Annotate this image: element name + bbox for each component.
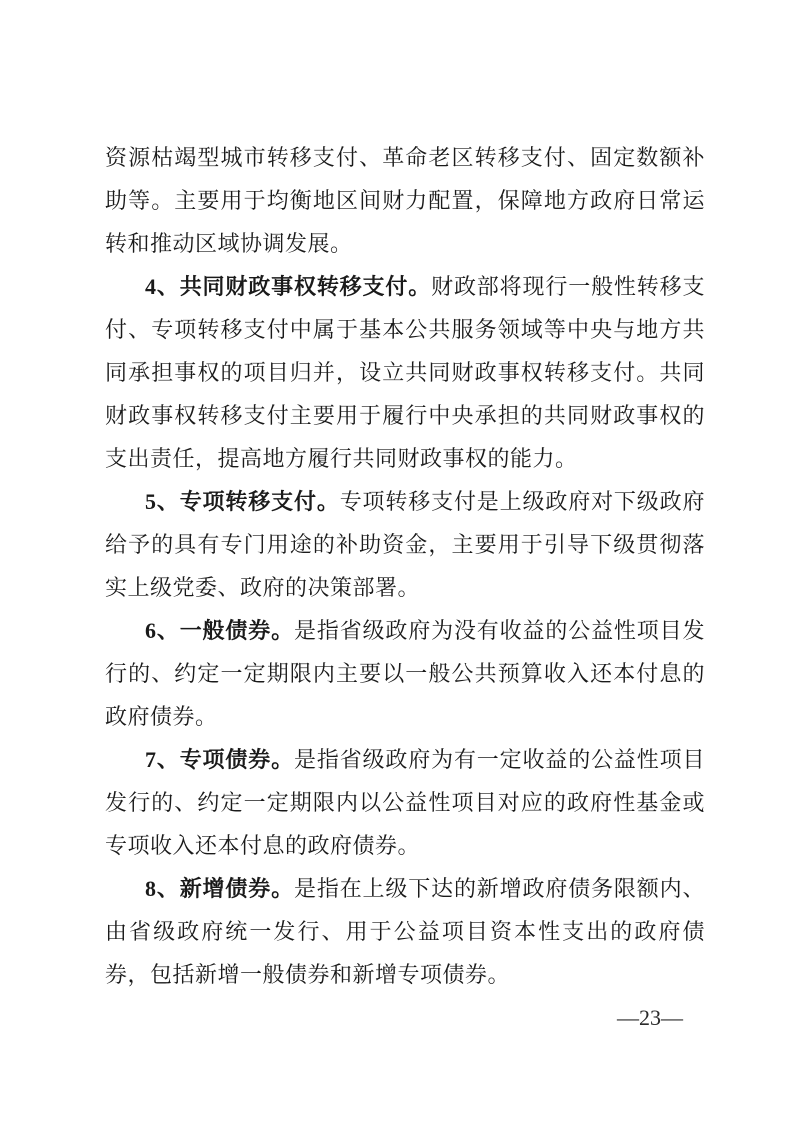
paragraph-heading: 7、专项债券。 — [145, 747, 294, 772]
paragraph: 7、专项债券。是指省级政府为有一定收益的公益性项目发行的、约定一定期限内以公益性… — [105, 738, 705, 867]
paragraph: 4、共同财政事权转移支付。财政部将现行一般性转移支付、专项转移支付中属于基本公共… — [105, 265, 705, 480]
paragraph: 6、一般债券。是指省级政府为没有收益的公益性项目发行的、约定一定期限内主要以一般… — [105, 609, 705, 738]
document-body: 资源枯竭型城市转移支付、革命老区转移支付、固定数额补助等。主要用于均衡地区间财力… — [105, 136, 705, 996]
paragraph-heading: 6、一般债券。 — [145, 618, 294, 643]
paragraph-heading: 5、专项转移支付。 — [145, 489, 340, 514]
paragraph-text: 资源枯竭型城市转移支付、革命老区转移支付、固定数额补助等。主要用于均衡地区间财力… — [105, 145, 705, 256]
paragraph: 5、专项转移支付。专项转移支付是上级政府对下级政府给予的具有专门用途的补助资金，… — [105, 480, 705, 609]
paragraph: 8、新增债券。是指在上级下达的新增政府债务限额内、由省级政府统一发行、用于公益项… — [105, 867, 705, 996]
document-page: 资源枯竭型城市转移支付、革命老区转移支付、固定数额补助等。主要用于均衡地区间财力… — [0, 0, 793, 1122]
paragraph-heading: 4、共同财政事权转移支付。 — [145, 274, 431, 299]
paragraph-text: 财政部将现行一般性转移支付、专项转移支付中属于基本公共服务领域等中央与地方共同承… — [105, 274, 705, 471]
paragraph-heading: 8、新增债券。 — [145, 876, 294, 901]
paragraph: 资源枯竭型城市转移支付、革命老区转移支付、固定数额补助等。主要用于均衡地区间财力… — [105, 136, 705, 265]
page-number: —23— — [560, 1003, 740, 1033]
